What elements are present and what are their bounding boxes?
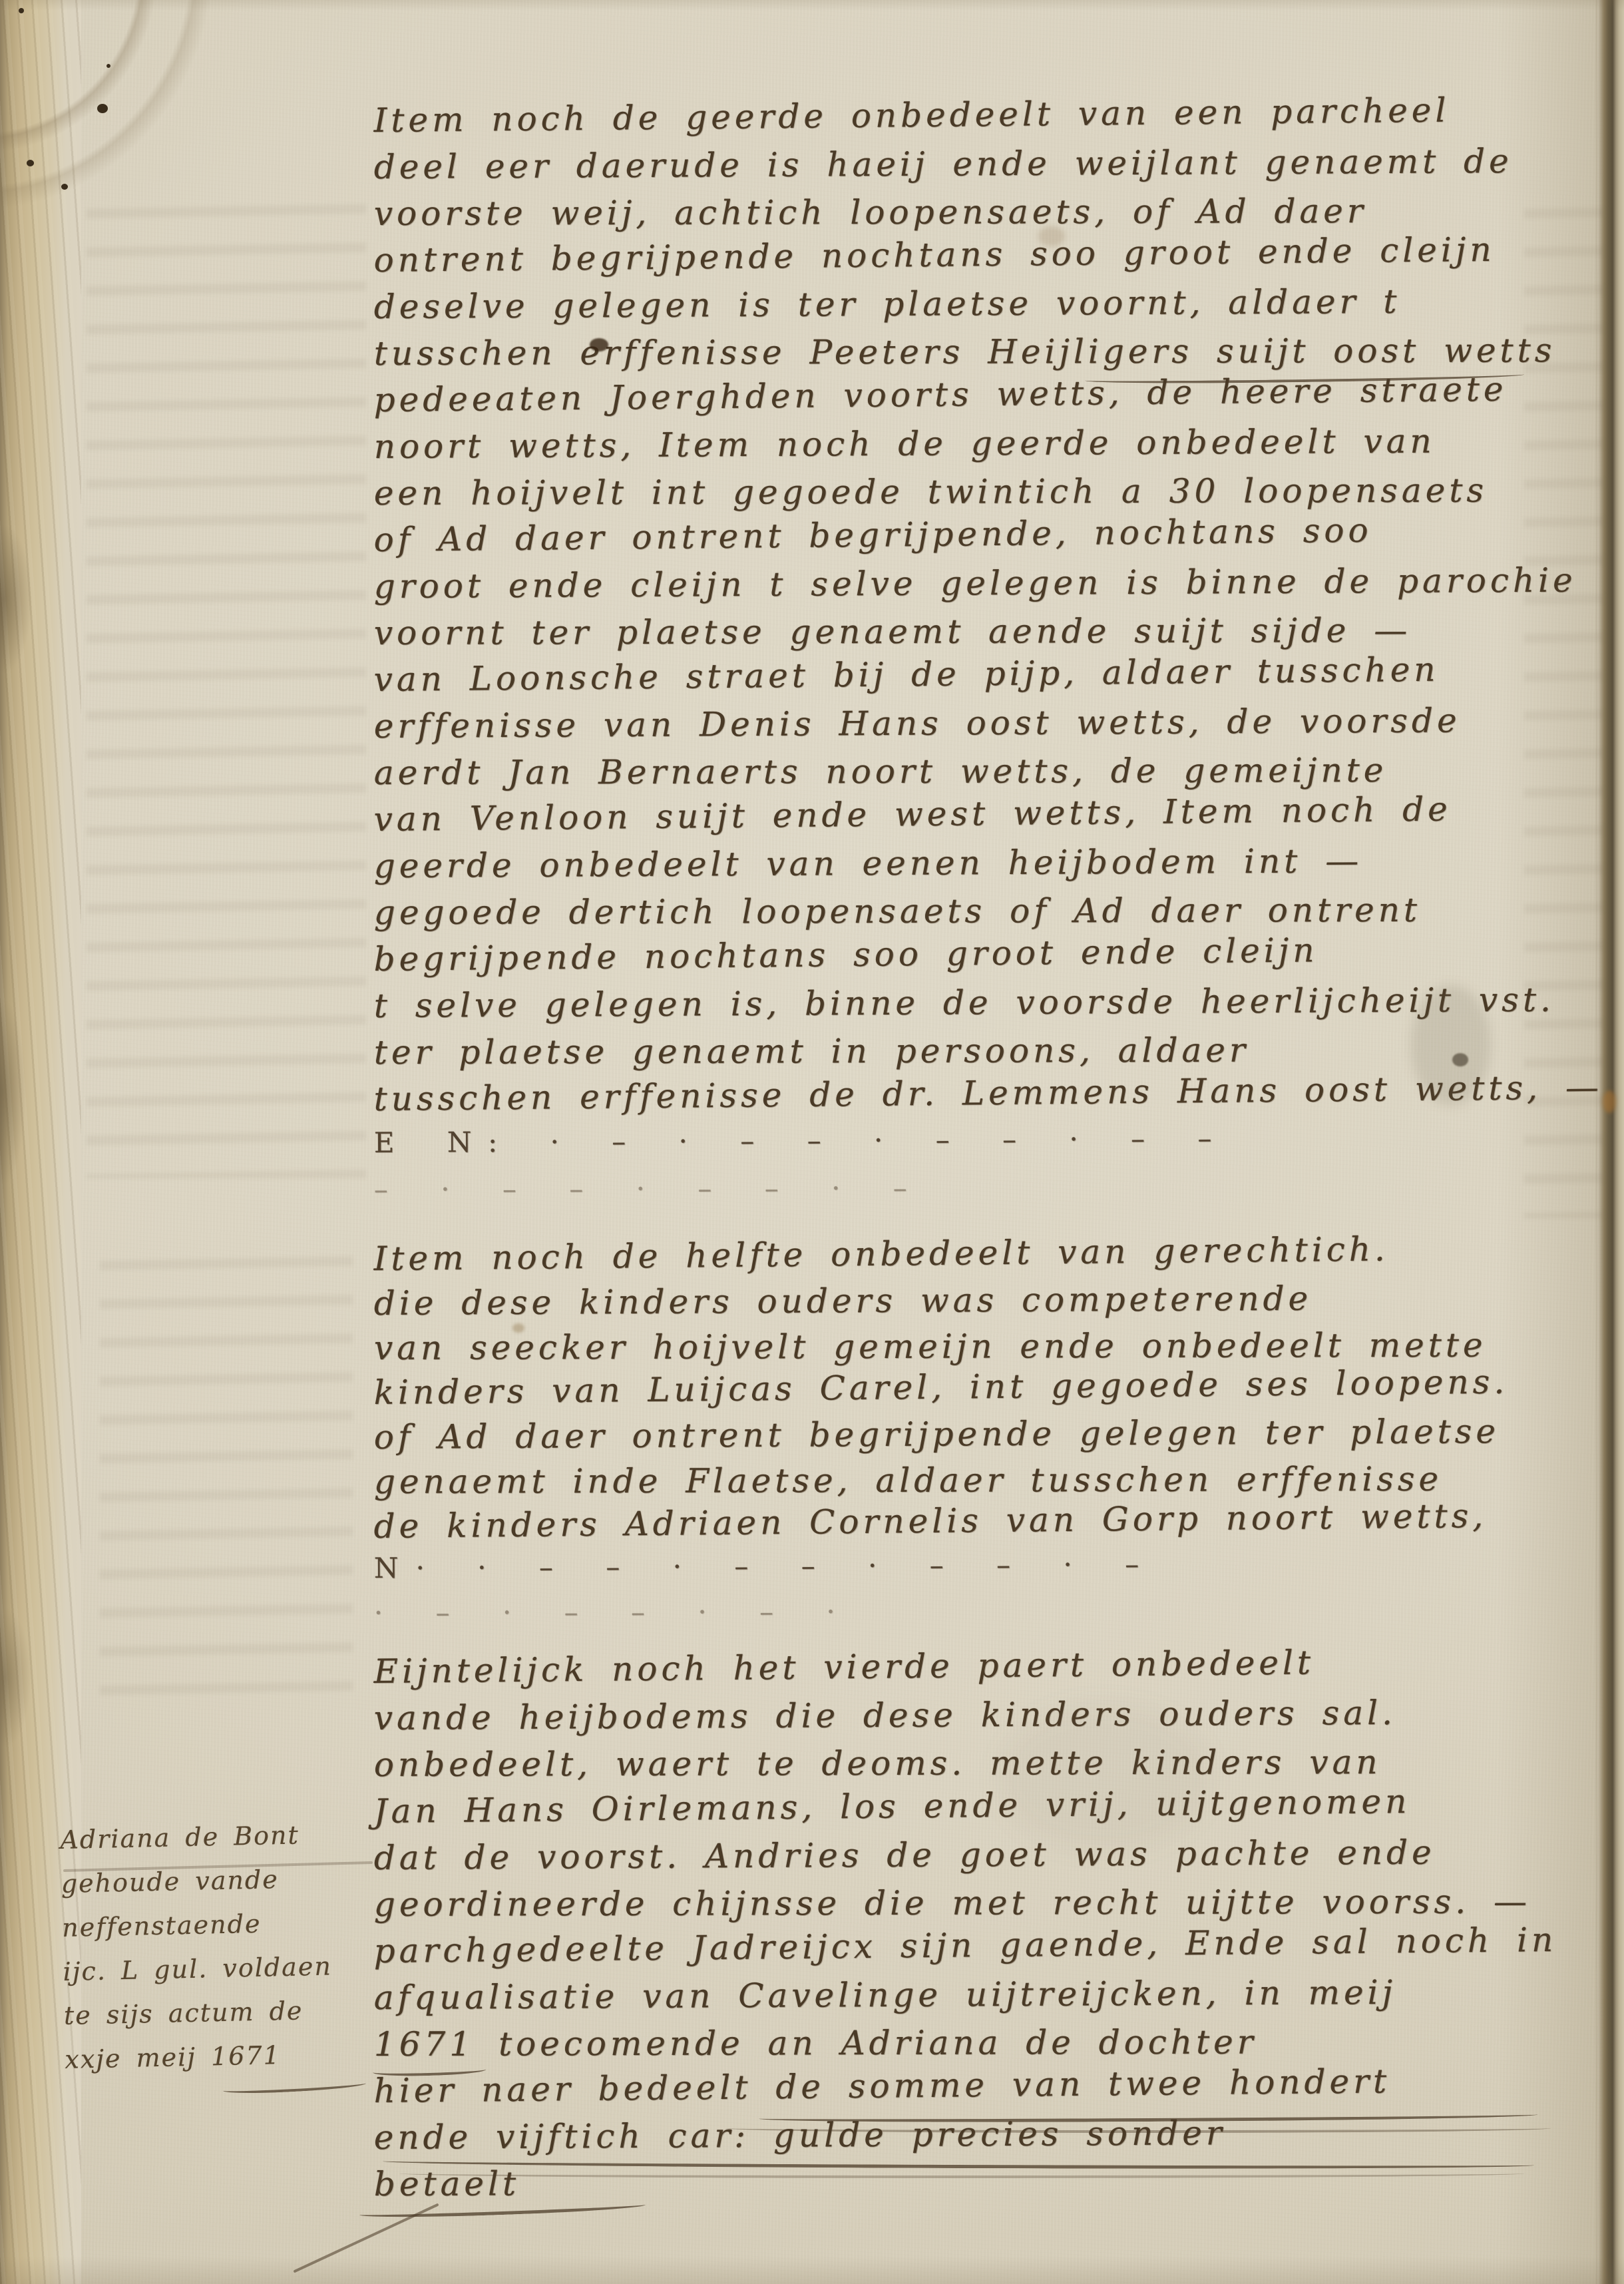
ink-blot	[97, 104, 108, 113]
manuscript-page: Item noch de geerde onbedeelt van een pa…	[0, 0, 1624, 2284]
text-line: deel eer daerude is haeij ende weijlant …	[374, 142, 1545, 194]
text-line: noort wetts, Item noch de geerde onbedee…	[374, 421, 1545, 474]
paragraph-1: Item noch de geerde onbedeelt van een pa…	[374, 101, 1545, 1220]
bleedthrough-ghost	[100, 1232, 353, 1698]
margin-note-line: Adriana de Bont	[60, 1819, 380, 1869]
text-line: geerde onbedeelt van eenen heijbodem int…	[374, 841, 1545, 893]
ink-blot	[106, 64, 110, 68]
margin-note-line: neffenstaende	[62, 1907, 382, 1957]
text-line: ende vijftich car: gulde precies sonder	[374, 2112, 1545, 2165]
text-line: of Ad daer ontrent begrijpende gelegen t…	[374, 1412, 1545, 1463]
page-edge-right	[1595, 0, 1624, 2284]
margin-note-line: te sijs actum de	[64, 1994, 384, 2045]
page-edge-bottom	[0, 2256, 1624, 2284]
paragraph-separator-dashes: E N: · – · – – · – – · – –	[374, 1120, 1545, 1173]
text-line: vande heijbodems die dese kinders ouders…	[374, 1693, 1545, 1745]
text-line: deselve gelegen is ter plaetse voornt, a…	[374, 282, 1545, 334]
margin-note-line: gehoude vande	[61, 1863, 381, 1913]
text-line: afqualisatie van Cavelinge uijtreijcken,…	[374, 1972, 1545, 2025]
text-line: die dese kinders ouders was competerende	[374, 1278, 1545, 1329]
margin-note: Adriana de Bont gehoude vande neffenstae…	[60, 1819, 385, 2089]
text-line: Item noch de geerde onbedeelt van een pa…	[373, 90, 1545, 148]
paragraph-separator-dashes: N· · – – · – – · – – · –	[374, 1546, 1545, 1596]
text-line: dat de voorst. Andries de goet was pacht…	[374, 1833, 1545, 1885]
margin-note-line: xxje meij 1671	[65, 2038, 385, 2089]
paragraph-separator-dashes: · – · – – · – ·	[374, 1593, 1545, 1641]
text-line: groot ende cleijn t selve gelegen is bin…	[374, 561, 1545, 614]
paragraph-3: Eijntelijck noch het vierde paert onbede…	[374, 1652, 1545, 2211]
text-line: Eijntelijck noch het vierde paert onbede…	[373, 1641, 1545, 1699]
bleedthrough-ghost	[87, 180, 366, 1178]
margin-note-line: ijc. L gul. voldaen	[63, 1950, 383, 2001]
page-edge-top	[0, 0, 1624, 11]
paragraph-separator-dashes: – · – – · – – · –	[374, 1170, 1545, 1220]
ink-flourish	[293, 2203, 439, 2273]
paragraph-2: Item noch de helfte onbedeelt van gerech…	[374, 1240, 1545, 1641]
text-line: Item noch de helfte onbedeelt van gerech…	[373, 1228, 1545, 1284]
text-line: erffenisse van Denis Hans oost wetts, de…	[374, 701, 1545, 754]
text-line: betaelt	[374, 2162, 1545, 2211]
text-line: t selve gelegen is, binne de voorsde hee…	[374, 981, 1545, 1033]
